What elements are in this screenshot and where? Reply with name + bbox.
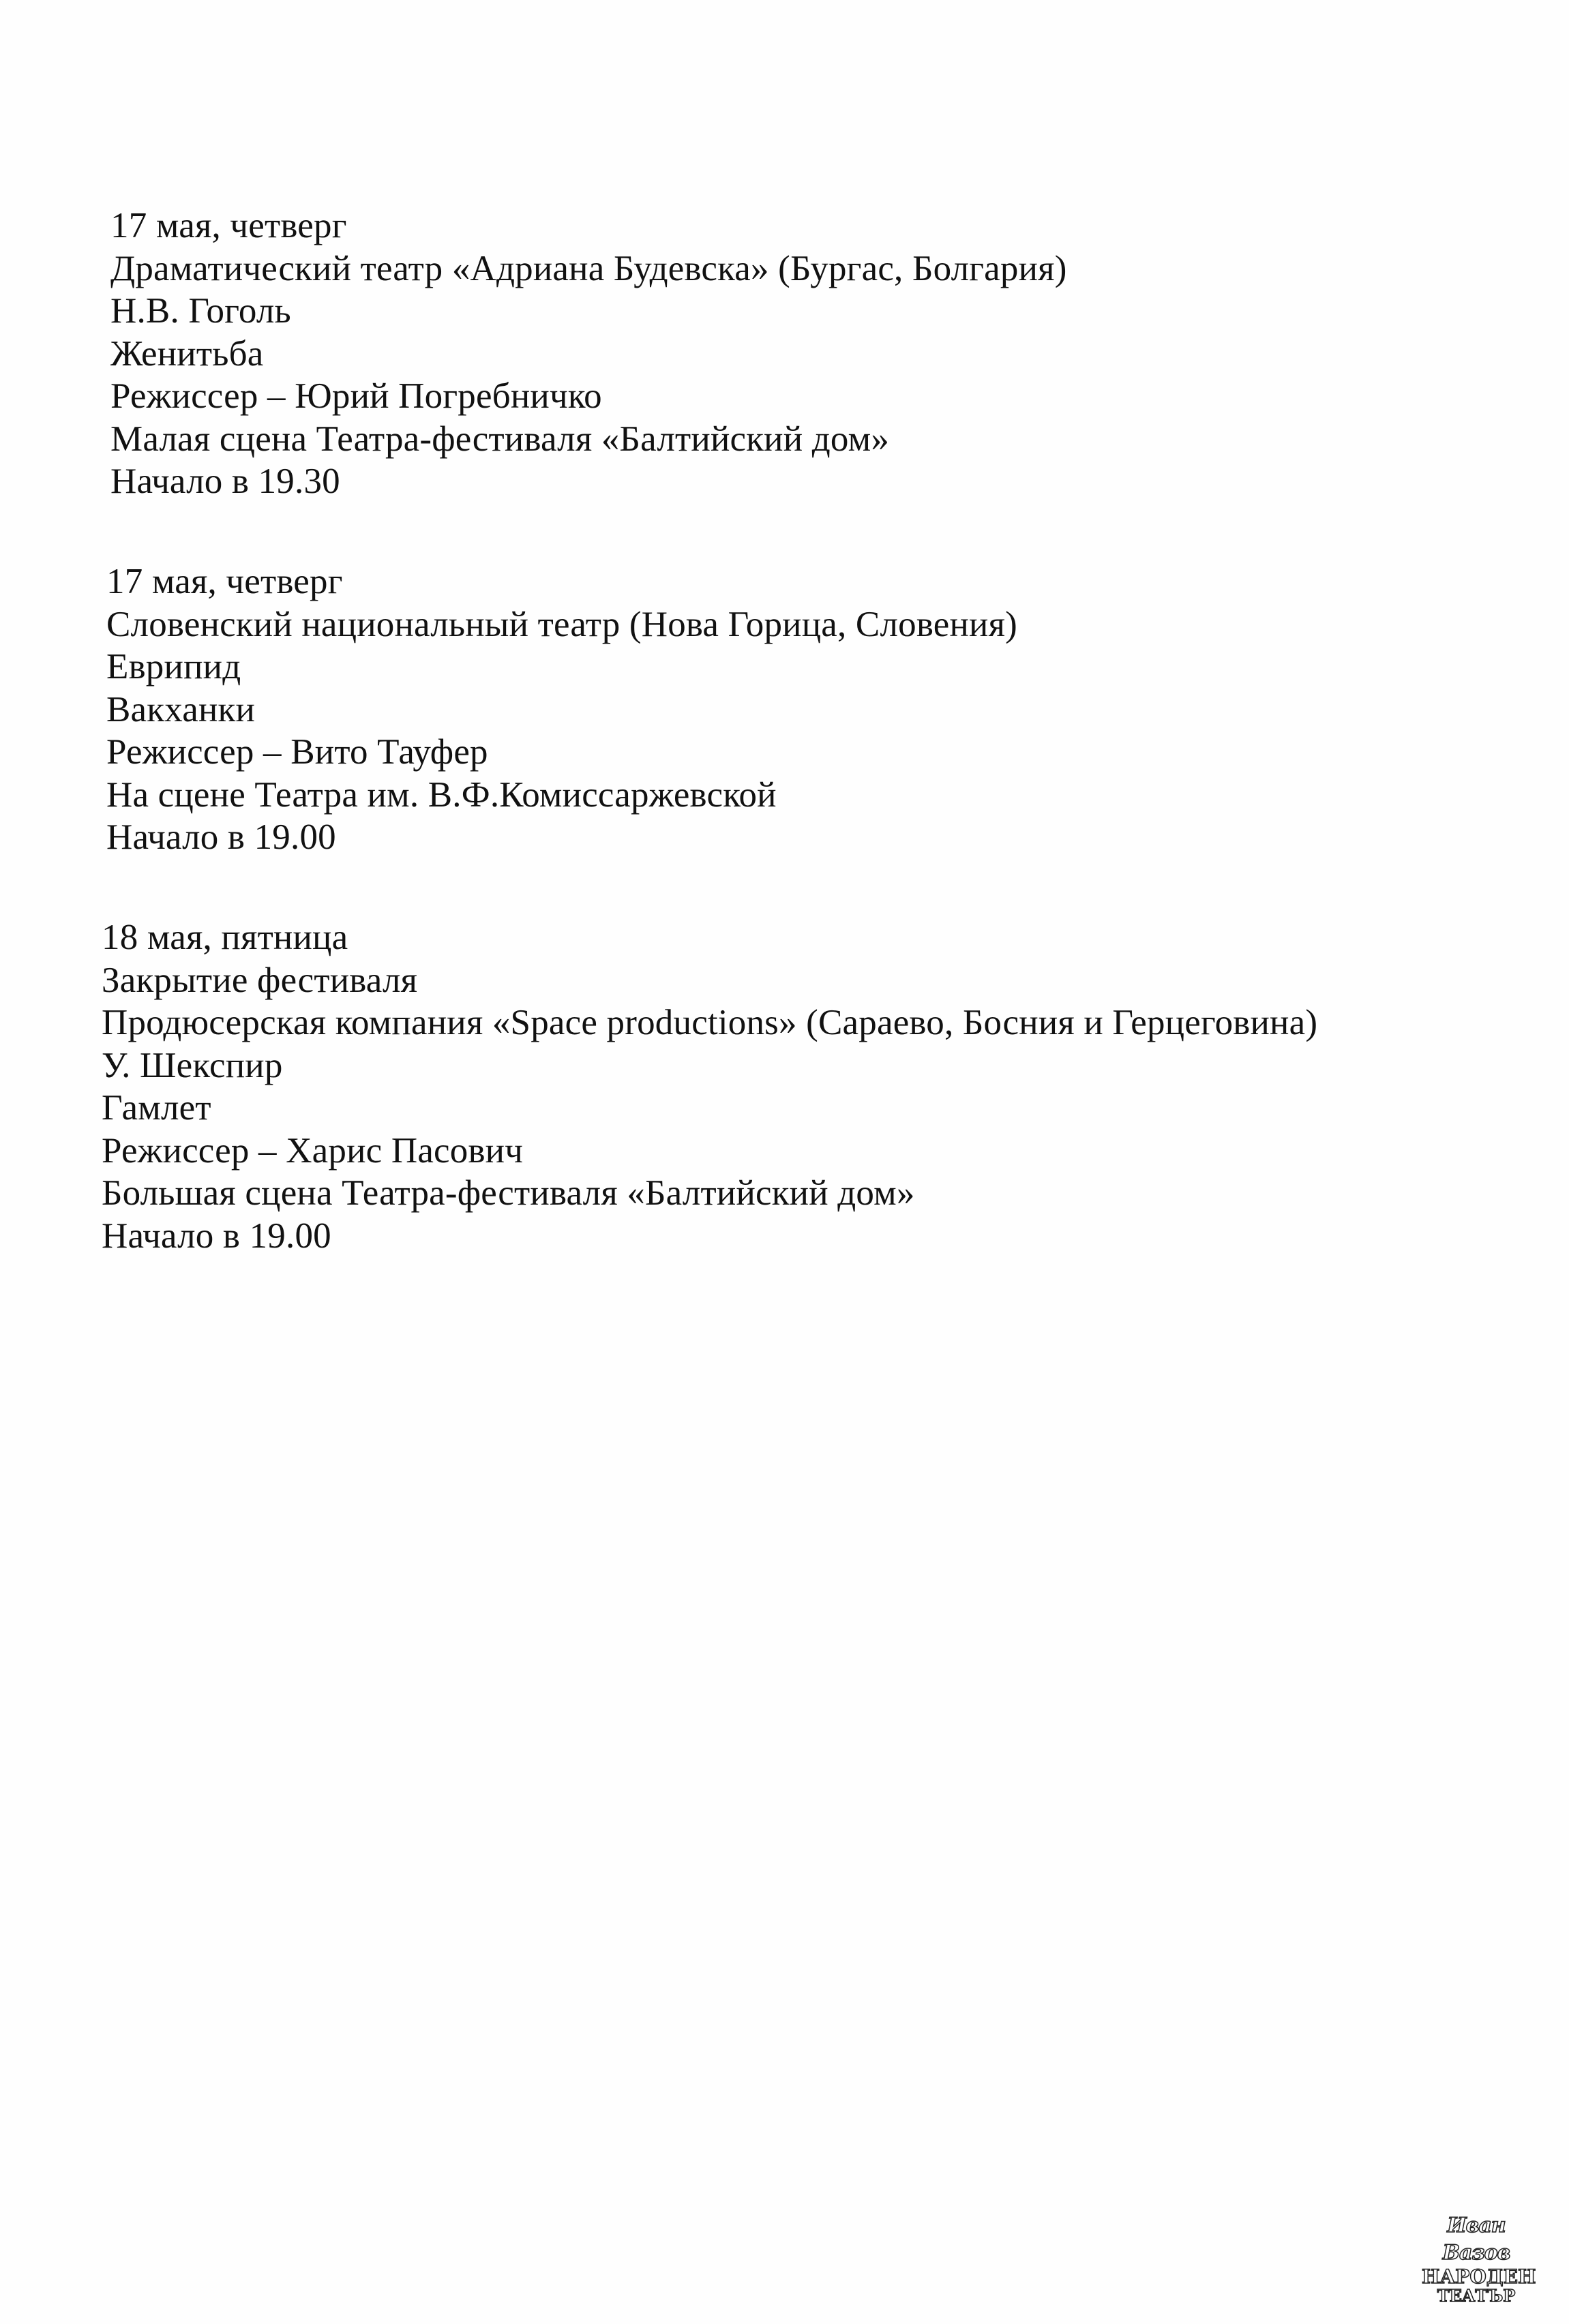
event-title: Вакханки xyxy=(106,689,1017,731)
event-note: Закрытие фестиваля xyxy=(102,959,1317,1002)
logo-word-1: НАРОДЕН xyxy=(1422,2267,1531,2287)
event-start-time: Начало в 19.00 xyxy=(102,1215,1317,1258)
event-start-time: Начало в 19.00 xyxy=(106,816,1017,859)
logo-script-text: Иван Вазов xyxy=(1422,2212,1531,2267)
event-director: Режиссер – Харис Пасович xyxy=(102,1130,1317,1173)
event-author: У. Шекспир xyxy=(102,1044,1317,1087)
event-director: Режиссер – Юрий Погребничко xyxy=(110,375,1067,418)
event-start-time: Начало в 19.30 xyxy=(110,460,1067,503)
event-date: 18 мая, пятница xyxy=(102,916,1317,959)
event-company: Словенский национальный театр (Нова Гори… xyxy=(106,603,1017,646)
event-company: Драматический театр «Адриана Будевска» (… xyxy=(110,247,1067,290)
event-venue: Малая сцена Театра-фестиваля «Балтийский… xyxy=(110,418,1067,461)
document-page: 17 мая, четверг Драматический театр «Адр… xyxy=(0,0,1569,2324)
event-title: Гамлет xyxy=(102,1087,1317,1130)
event-author: Еврипид xyxy=(106,646,1017,689)
logo-word-2: ТЕАТЪР xyxy=(1422,2287,1531,2305)
event-director: Режиссер – Вито Тауфер xyxy=(106,731,1017,774)
event-venue: На сцене Театра им. В.Ф.Комиссаржевской xyxy=(106,774,1017,817)
event-author: Н.В. Гоголь xyxy=(110,290,1067,333)
event-block: 18 мая, пятница Закрытие фестиваля Продю… xyxy=(102,916,1317,1257)
event-venue: Большая сцена Театра-фестиваля «Балтийск… xyxy=(102,1172,1317,1215)
event-block: 17 мая, четверг Драматический театр «Адр… xyxy=(110,205,1067,503)
event-title: Женитьба xyxy=(110,333,1067,376)
event-date: 17 мая, четверг xyxy=(110,205,1067,247)
event-block: 17 мая, четверг Словенский национальный … xyxy=(106,560,1017,859)
event-company: Продюсерская компания «Space productions… xyxy=(102,1001,1317,1044)
event-date: 17 мая, четверг xyxy=(106,560,1017,603)
theatre-logo: Иван Вазов НАРОДЕН ТЕАТЪР xyxy=(1422,2212,1531,2294)
